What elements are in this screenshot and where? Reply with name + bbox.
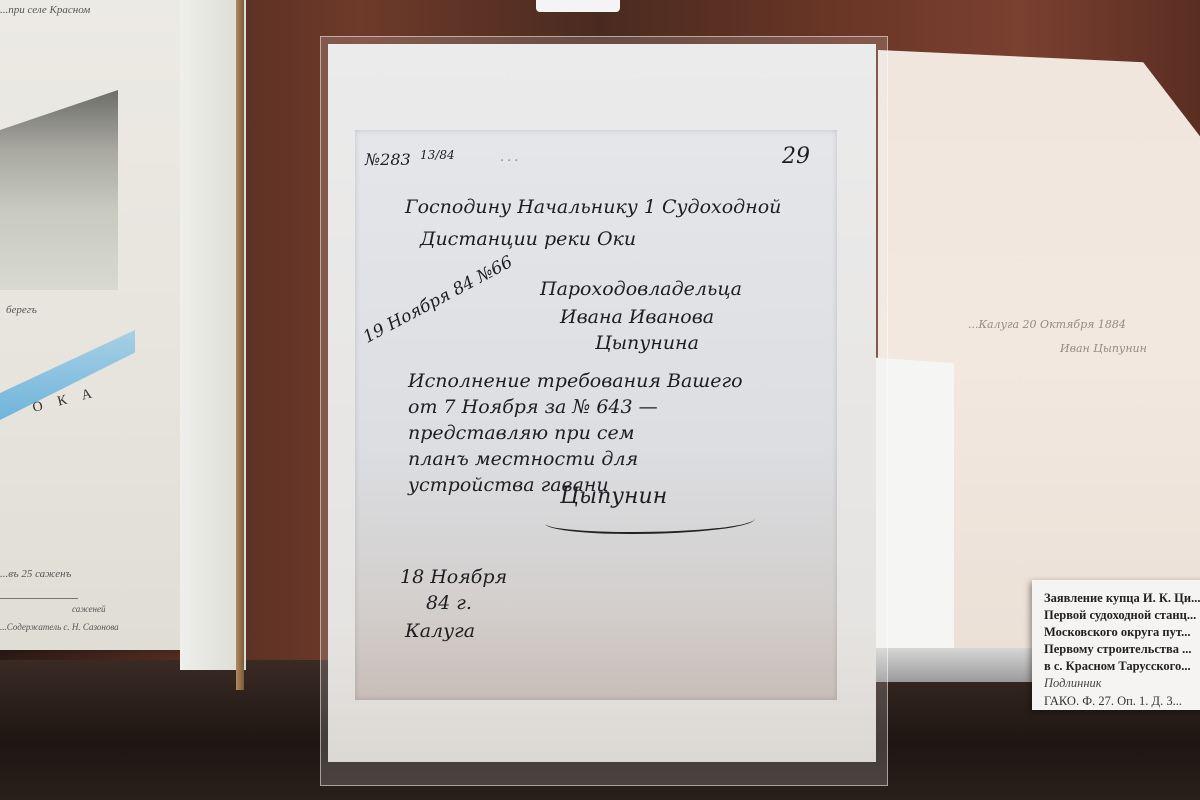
label-line-5: в с. Красном Тарусского... xyxy=(1044,658,1200,675)
map-footer: ...Содержатель с. Н. Сазонова xyxy=(0,622,119,632)
display-stand-base xyxy=(866,648,1036,682)
map-scale-bar xyxy=(0,598,78,599)
doc-sender-line-3: Цыпунина xyxy=(595,332,699,354)
label-original-note: Подлинник xyxy=(1044,675,1200,692)
doc-addressee-line-2: Дистанции реки Оки xyxy=(420,228,636,250)
map-label-bank: берегъ xyxy=(6,304,37,316)
map-scale-text: ...въ 25 саженъ xyxy=(0,568,71,580)
doc-fraction: 13/84 xyxy=(420,148,455,162)
doc-addressee-line-1: Господину Начальнику 1 Судоходной xyxy=(405,196,781,218)
doc-place: Калуга xyxy=(405,620,475,642)
doc-date-line-1: 18 Ноября xyxy=(400,566,507,588)
doc-archive-note: ... xyxy=(500,150,521,165)
label-archive-reference: ГАКО. Ф. 27. Оп. 1. Д. 3... xyxy=(1044,692,1200,711)
exhibit-label-card: Заявление купца И. К. Ци... Первой судох… xyxy=(1032,580,1200,710)
ceiling-light xyxy=(536,0,620,12)
label-line-1: Заявление купца И. К. Ци... xyxy=(1044,590,1200,607)
map-scale-units: саженей xyxy=(72,604,105,614)
right-doc-signature: Иван Цыпунин xyxy=(1060,342,1147,355)
doc-sender-line-2: Ивана Иванова xyxy=(560,306,714,328)
doc-signature: Цыпунин xyxy=(560,484,667,509)
doc-body-line-4: планъ местности для xyxy=(408,448,638,470)
right-doc-date: ...Калуга 20 Октября 1884 xyxy=(968,318,1126,331)
doc-sender-line-1: Пароходовладельца xyxy=(540,278,742,300)
doc-date-line-2: 84 г. xyxy=(426,592,472,614)
map-title: ...при селе Красном xyxy=(0,4,90,16)
doc-page-number: 29 xyxy=(782,144,810,169)
left-frame-edge xyxy=(236,0,244,690)
doc-body-line-1: Исполнение требования Вашего xyxy=(408,370,743,392)
doc-body-line-2: от 7 Ноября за № 643 — xyxy=(408,396,658,418)
label-line-2: Первой судоходной станц... xyxy=(1044,607,1200,624)
label-reflection xyxy=(1030,730,1200,800)
label-line-3: Московского округа пут... xyxy=(1044,624,1200,641)
label-line-4: Первому строительства ... xyxy=(1044,641,1200,658)
doc-body-line-3: представляю при сем xyxy=(408,422,635,444)
doc-number: №283 xyxy=(365,150,411,169)
